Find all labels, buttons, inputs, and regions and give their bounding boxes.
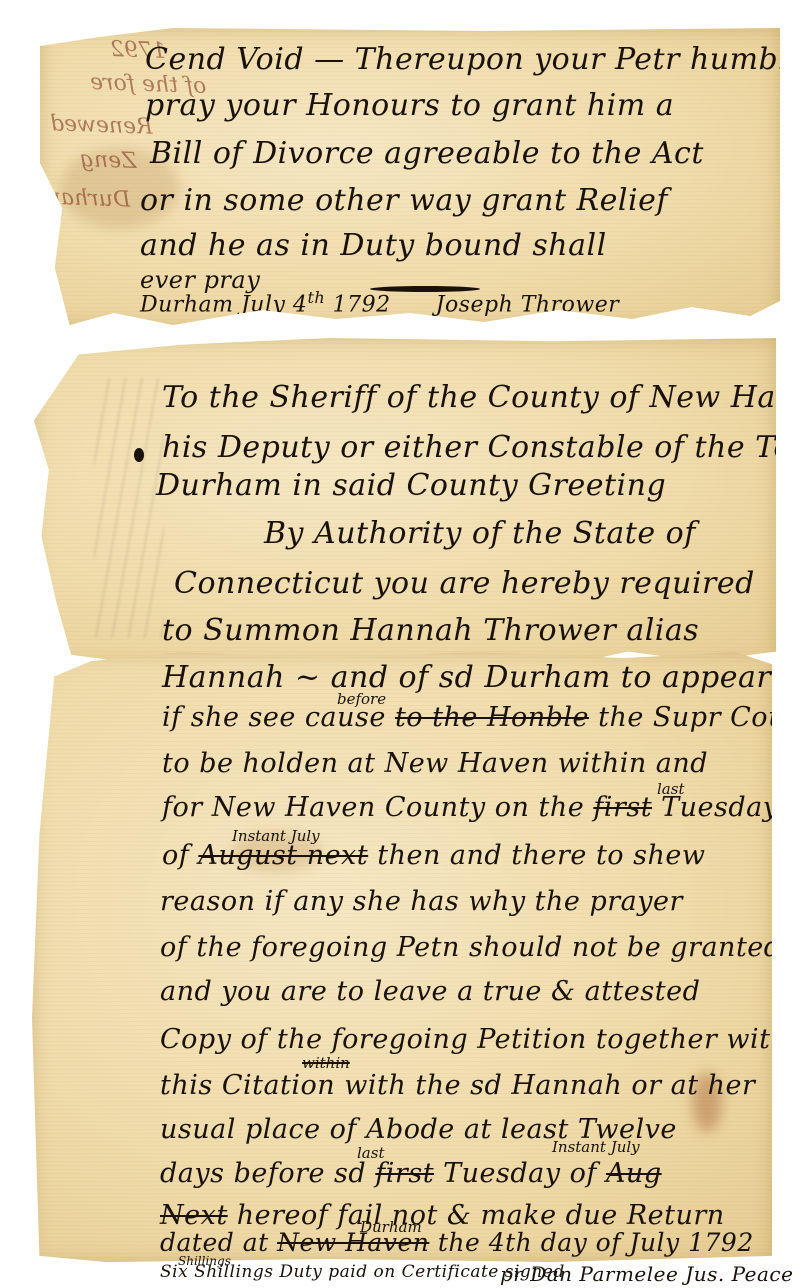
struck-text: Next — [160, 1200, 228, 1231]
line-text: days before sd — [160, 1158, 366, 1189]
writ-line: Hannah ~ and of sd Durham to appear — [162, 660, 771, 695]
bleed-through-text: Durham — [40, 184, 131, 212]
faint-bleed-through — [94, 378, 164, 638]
struck-text: to the Honble — [395, 702, 589, 733]
line-text: then and there to shew — [377, 840, 705, 871]
writ-line: Next hereof fail not & make due Return — [160, 1200, 725, 1231]
justice-signature: pr Dan Parmelee Jus. Peace — [500, 1262, 793, 1286]
writ-line: to Summon Hannah Thrower alias — [162, 613, 699, 648]
date-suffix: th — [307, 288, 325, 307]
line-text: the 4th day of July 1792 — [438, 1228, 754, 1257]
line-text: the Supr Court — [598, 702, 802, 733]
interlinear-insertion: Instant July — [552, 1138, 640, 1156]
line-text: for New Haven County on the — [162, 792, 584, 823]
writ-line: To the Sheriff of the County of New Have… — [162, 380, 802, 415]
petition-line: and he as in Duty bound shall — [140, 228, 607, 263]
petition-line: or in some other way grant Relief — [140, 183, 668, 218]
struck-text: first — [375, 1158, 434, 1189]
date-place: Durham — [140, 292, 233, 317]
line-text: if she see cause — [162, 702, 386, 733]
date-day: July 4 — [241, 292, 307, 317]
writ-line: days before sd first Tuesday of Aug — [160, 1158, 662, 1189]
line-text: of — [162, 840, 189, 871]
petition-line: Cend Void — Thereupon your Petr humbly — [145, 42, 802, 77]
date-year: 1792 — [333, 292, 391, 317]
petitioner-signature: Joseph Thrower — [436, 292, 620, 317]
writ-line: Connecticut you are hereby required — [174, 566, 755, 601]
line-text: hereof fail not & make due Return — [237, 1200, 725, 1231]
writ-line: By Authority of the State of — [264, 516, 696, 551]
bleed-through-text: Renewed — [50, 111, 154, 140]
writ-line: Copy of the foregoing Petition together … — [160, 1024, 788, 1055]
line-text: Tuesday of — [443, 1158, 597, 1189]
document-fragment-bottom: Hannah ~ and of sd Durham to appear befo… — [32, 652, 772, 1262]
bleed-through-text: Zeng — [80, 147, 137, 174]
struck-text: August next — [198, 840, 368, 871]
petition-line: Bill of Divorce agreeable to the Act — [150, 136, 704, 171]
writ-line: of the foregoing Petn should not be gran… — [160, 932, 782, 963]
writ-line: Durham in said County Greeting — [156, 468, 666, 503]
petition-date-line: Durham July 4th 1792 Joseph Thrower — [140, 288, 619, 317]
writ-date-line: dated at New Haven the 4th day of July 1… — [160, 1228, 754, 1257]
writ-line: this Citation with the sd Hannah or at h… — [160, 1070, 755, 1101]
writ-line: his Deputy or either Constable of the To… — [162, 430, 802, 465]
writ-line: reason if any she has why the prayer — [160, 886, 683, 917]
line-text: dated at — [160, 1228, 269, 1257]
petition-line: pray your Honours to grant him a — [145, 88, 674, 123]
line-text: Tuesday — [661, 792, 778, 823]
ink-blot — [134, 448, 144, 462]
line-text: this Citation — [160, 1070, 335, 1101]
writ-line: for New Haven County on the first Tuesda… — [162, 792, 779, 823]
line-text: with the sd Hannah or at her — [344, 1070, 755, 1101]
writ-line: to be holden at New Haven within and — [162, 748, 708, 779]
writ-line: if she see cause to the Honble the Supr … — [162, 702, 802, 733]
writ-line: of August next then and there to shew — [162, 840, 705, 871]
document-fragment-top: 1792 of the fore Renewed Zeng Durham Cen… — [40, 28, 780, 328]
writ-line: and you are to leave a true & attested — [160, 976, 700, 1007]
struck-text: Aug — [606, 1158, 662, 1189]
struck-text: first — [593, 792, 652, 823]
struck-text: New Haven — [277, 1228, 429, 1257]
document-fragment-middle: To the Sheriff of the County of New Have… — [34, 338, 776, 668]
